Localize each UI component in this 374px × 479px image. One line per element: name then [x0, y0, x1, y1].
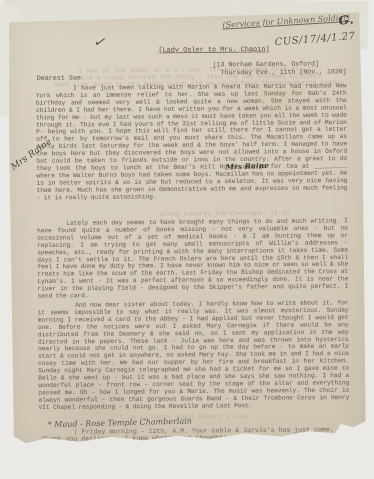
inline-correction: Mrs Raine — [225, 161, 269, 172]
letter-paragraph: And now dear sister about today. I hardl… — [38, 300, 350, 412]
salutation: Dearest Sue — [37, 74, 81, 82]
paper-sheet: ✓ (Services for Unknown Soldier) G. R. O… — [8, 11, 366, 447]
letter-paragraph: Lately each day seems to have brought ma… — [37, 218, 349, 301]
postscript-line: Thank you darlings - I knew where your t… — [42, 433, 251, 443]
letter-paragraph: I have just been talking with Marion & h… — [36, 83, 348, 202]
checkmark-annotation: ✓ — [92, 34, 106, 51]
letter-title: [Lady Osler to Mrs. Chapin] — [158, 45, 269, 54]
reference-number: CUS/17/4/1.27 — [274, 31, 356, 48]
scan-background: ✓ (Services for Unknown Soldier) G. R. O… — [0, 0, 374, 479]
